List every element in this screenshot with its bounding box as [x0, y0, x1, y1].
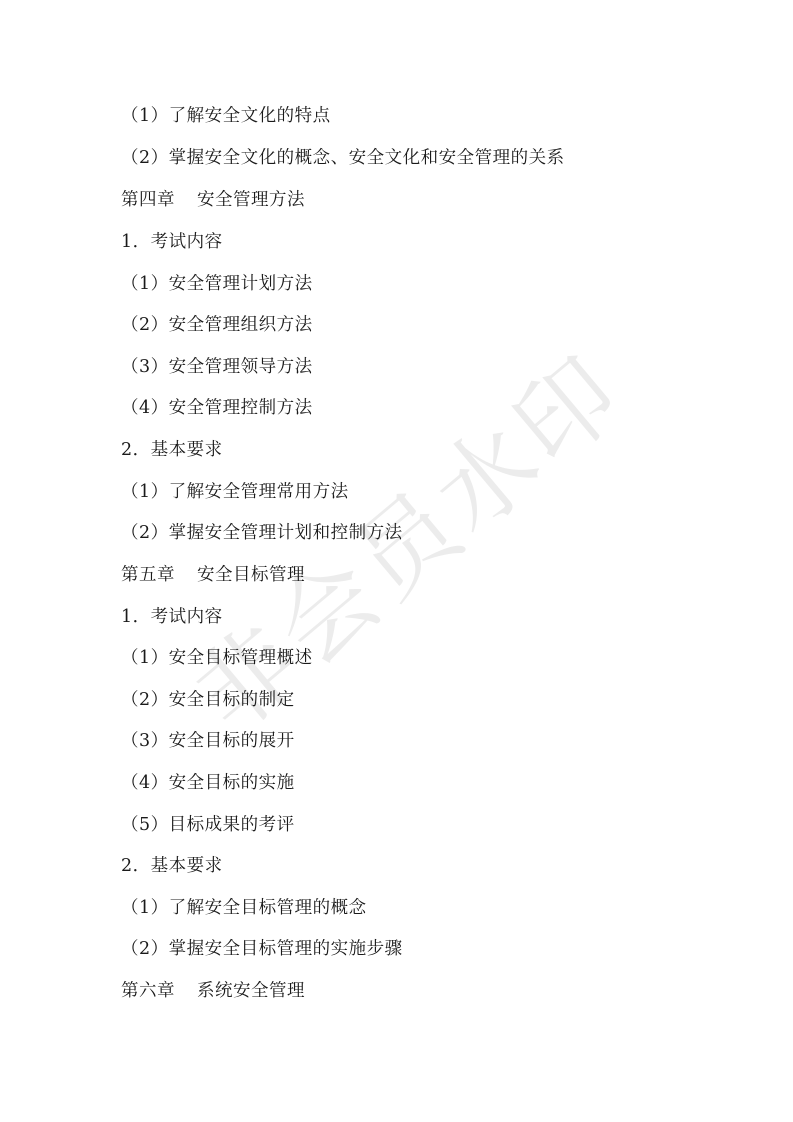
chapter-title: 安全目标管理: [197, 565, 305, 585]
chapter-title: 系统安全管理: [197, 981, 305, 1001]
section-heading: 1．考试内容: [121, 231, 223, 253]
list-item: （3）安全管理领导方法: [121, 356, 313, 378]
section-heading: 1．考试内容: [121, 606, 223, 628]
chapter-title: 安全管理方法: [197, 190, 305, 210]
chapter-number: 第六章: [121, 981, 175, 1001]
chapter-number: 第五章: [121, 565, 175, 585]
list-item: （5）目标成果的考评: [121, 814, 295, 836]
list-item: （2）掌握安全管理计划和控制方法: [121, 522, 403, 544]
list-item: （2）掌握安全文化的概念、安全文化和安全管理的关系: [121, 147, 565, 169]
list-item: （2）安全管理组织方法: [121, 314, 313, 336]
list-item: （1）安全管理计划方法: [121, 273, 313, 295]
chapter-heading: 第五章安全目标管理: [121, 564, 305, 586]
list-item: （1）安全目标管理概述: [121, 647, 313, 669]
section-heading: 2．基本要求: [121, 439, 223, 461]
list-item: （4）安全目标的实施: [121, 772, 295, 794]
chapter-heading: 第六章系统安全管理: [121, 980, 305, 1002]
chapter-heading: 第四章安全管理方法: [121, 189, 305, 211]
section-heading: 2．基本要求: [121, 855, 223, 877]
list-item: （1）了解安全目标管理的概念: [121, 897, 367, 919]
list-item: （1）了解安全文化的特点: [121, 105, 331, 127]
chapter-number: 第四章: [121, 190, 175, 210]
list-item: （1）了解安全管理常用方法: [121, 481, 349, 503]
list-item: （3）安全目标的展开: [121, 730, 295, 752]
document-page: 非会员水印 （1）了解安全文化的特点 （2）掌握安全文化的概念、安全文化和安全管…: [0, 0, 793, 1122]
list-item: （2）安全目标的制定: [121, 689, 295, 711]
list-item: （4）安全管理控制方法: [121, 397, 313, 419]
list-item: （2）掌握安全目标管理的实施步骤: [121, 938, 403, 960]
